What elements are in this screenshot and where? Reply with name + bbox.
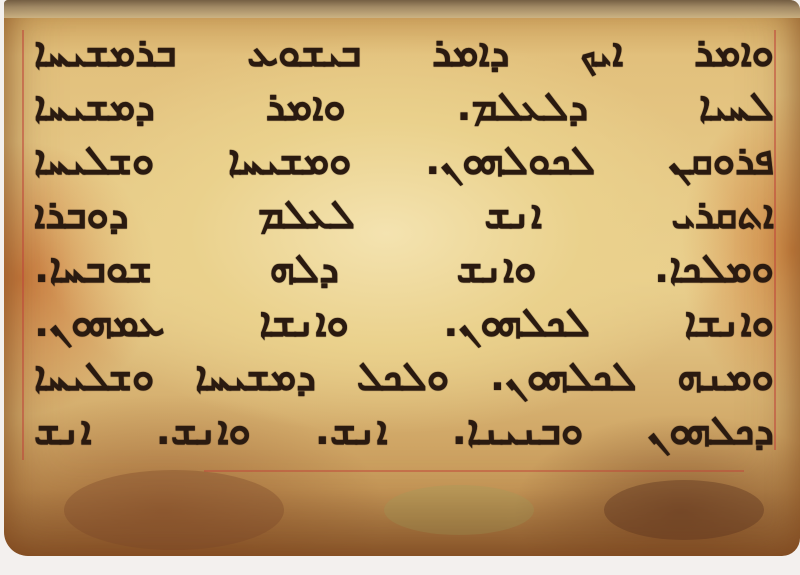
text-line: ܘܐܡܪ ܐܝܟ ܕܐܡܪ ܒܝܫܘܥ ܒܪܡܫܝܚܐ <box>34 26 774 80</box>
manuscript-folio: ܘܐܡܪ ܐܝܟ ܕܐܡܪ ܒܝܫܘܥ ܒܪܡܫܝܚܐ ܠܚܝܐ ܕܠܥܠܡ. … <box>4 0 800 556</box>
text-line: ܐܬܩܪܝ ܐܢܫ ܠܥܠܡ ܕܘܒܪܐ <box>34 188 774 242</box>
stain <box>64 470 284 550</box>
red-ruling-left <box>22 30 24 460</box>
stain <box>384 485 534 535</box>
text-line: ܕܟܠܗܘܢ ܘܒܢܝܢܐ. ܐܢܫ. ܘܐܢܫ. ܐܢܫ <box>34 404 774 458</box>
text-line: ܘܐܢܫܐ ܠܟܠܗܘܢ. ܘܐܢܫܐ ܥܡܗܘܢ. <box>34 296 774 350</box>
manuscript-text: ܘܐܡܪ ܐܝܟ ܕܐܡܪ ܒܝܫܘܥ ܒܪܡܫܝܚܐ ܠܚܝܐ ܕܠܥܠܡ. … <box>34 26 774 466</box>
text-line: ܠܚܝܐ ܕܠܥܠܡ. ܘܐܡܪ ܕܡܫܝܚܐ <box>34 80 774 134</box>
folio-top-edge <box>4 0 800 18</box>
text-line: ܦܪܘܩܢ ܠܟܘܠܗܘܢ. ܘܡܫܝܚܐ ܘܫܠܝܚܐ <box>34 134 774 188</box>
red-ruling-bottom <box>204 470 744 472</box>
text-line: ܘܡܢܗ ܠܟܠܗܘܢ. ܘܠܟܠ ܕܡܫܝܚܐ ܘܫܠܝܚܐ <box>34 350 774 404</box>
text-line: ܘܡܠܟܐ. ܘܐܢܫ ܕܠܗ ܫܘܒܚܐ. <box>34 242 774 296</box>
red-ruling-right <box>774 30 776 450</box>
stain <box>604 480 764 540</box>
